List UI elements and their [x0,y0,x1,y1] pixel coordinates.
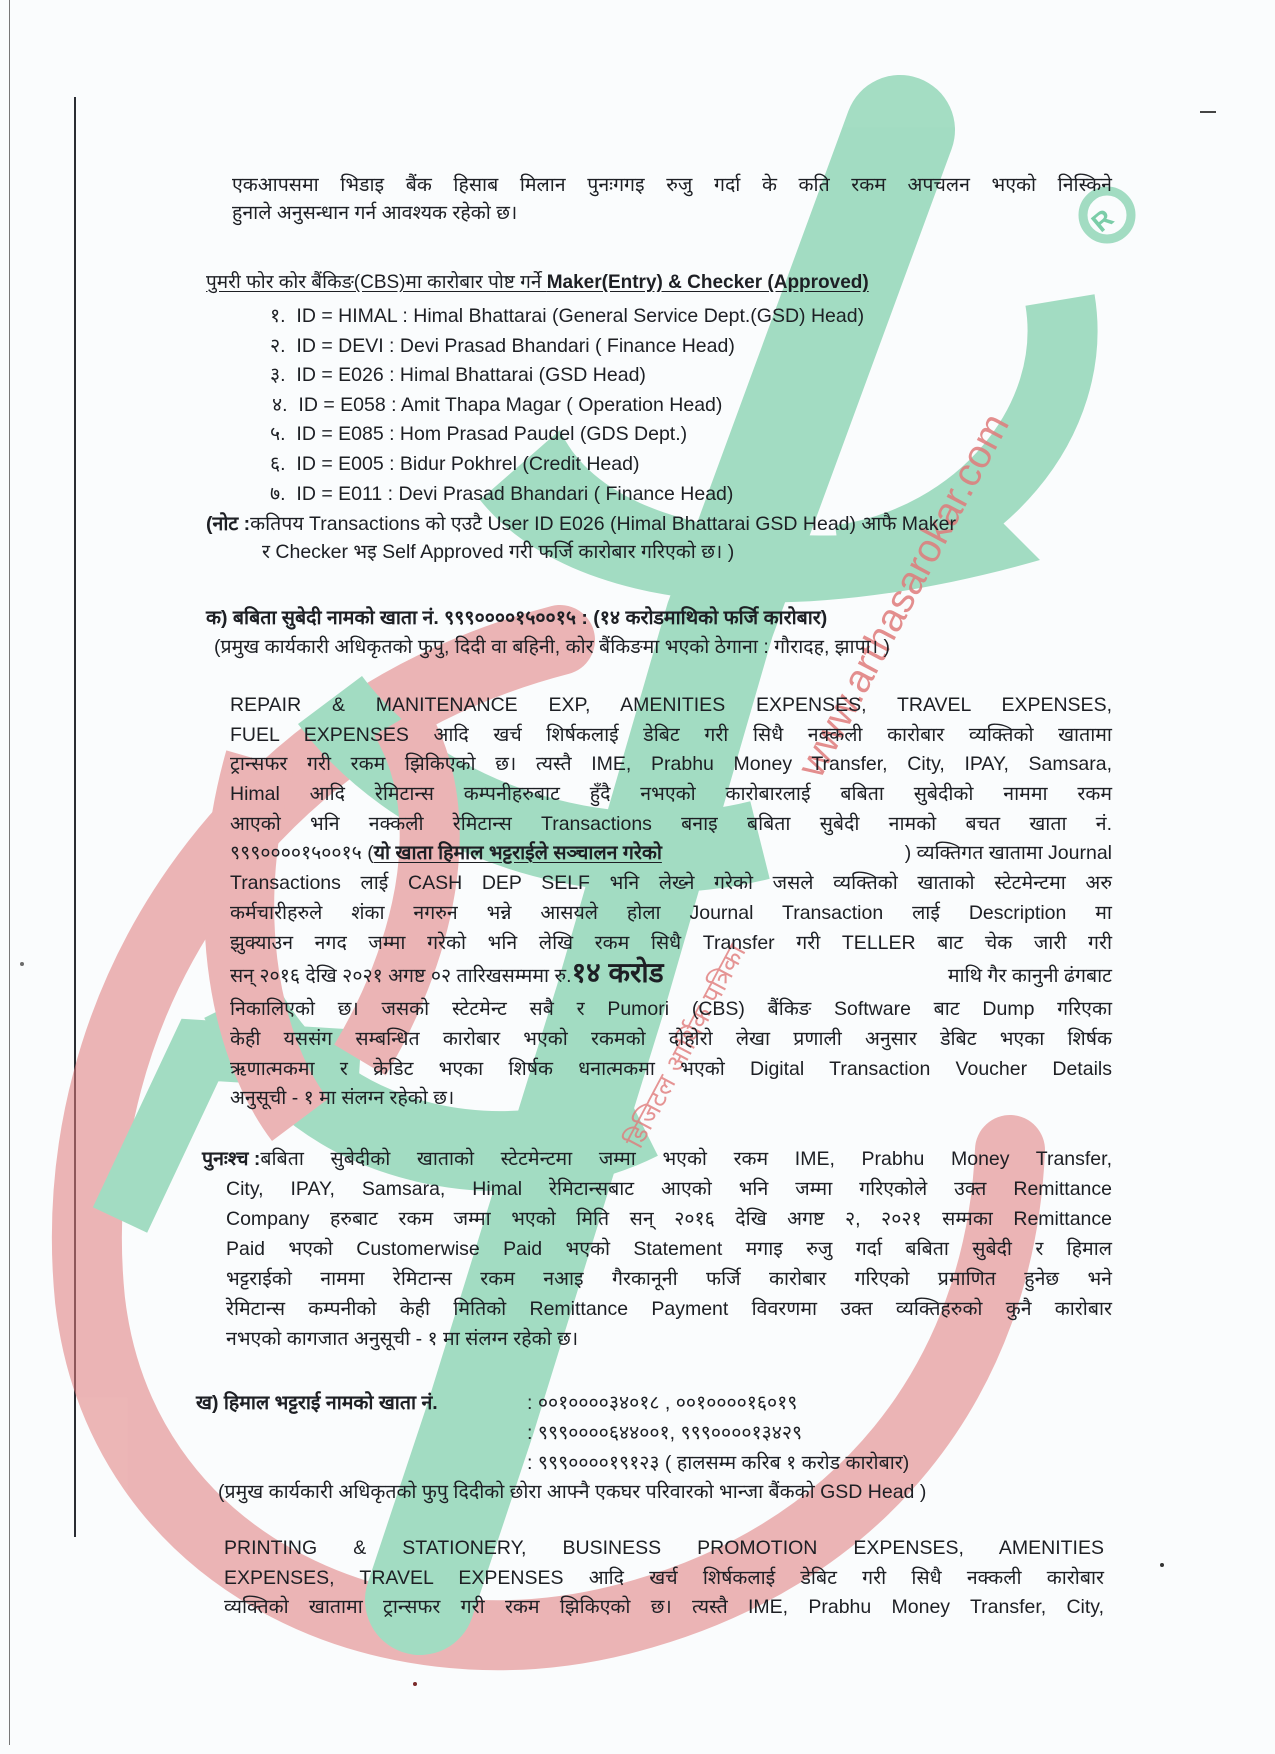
section-ka-subheading: (प्रमुख कार्यकारी अधिकृतको फुपु, दिदी वा… [214,634,890,660]
postscript-line: भट्टराईको नाममा रेमिटान्स रकम नआइ गैरकान… [226,1266,1112,1292]
id-item: ४. ID = E058 : Amit Thapa Magar ( Operat… [272,392,722,418]
postscript-line: रेमिटान्स कम्पनीको केही मितिको Remittanc… [226,1296,1112,1322]
amount-highlight: १४ करोड [572,960,664,986]
id-item: ३. ID = E026 : Himal Bhattarai (GSD Head… [270,362,646,388]
account-list-item: : ००१००००३४०१८ , ००१००००१६०१९ [527,1390,797,1416]
postscript-line: Paid भएको Customerwise Paid भएको Stateme… [226,1236,1112,1262]
para-line: अनुसूची - १ मा संलग्न रहेको छ। [230,1085,454,1111]
id-item: ६. ID = E005 : Bidur Pokhrel (Credit Hea… [270,451,639,477]
id-item: ५. ID = E085 : Hom Prasad Paudel (GDS De… [270,421,687,447]
id-item: १. ID = HIMAL : Himal Bhattarai (General… [270,303,864,329]
para-line: निकालिएको छ। जसको स्टेटमेन्ट सबै र Pumor… [230,996,1112,1022]
relation-note: (प्रमुख कार्यकारी अधिकृतको फुपु दिदीको छ… [218,1479,926,1505]
para-line: PRINTING & STATIONERY, BUSINESS PROMOTIO… [224,1535,1104,1561]
note-line-1: (नोट :कतिपय Transactions को एउटै User ID… [206,511,956,537]
intro-line-1: एकआपसमा भिडाइ बैंक हिसाब मिलान पुनःगगइ र… [232,172,1112,198]
para-line: Transactions लाई CASH DEP SELF भनि लेख्न… [230,870,1112,896]
account-list-item: : ९९९००००१९१२३ ( हालसम्म करिब १ करोड कार… [527,1450,909,1476]
para-line: केही यससंग सम्बन्धित कारोबार भएको रकमको … [230,1026,1112,1052]
note-line-2: र Checker भइ Self Approved गरी फर्जि कार… [262,539,734,565]
section-ka-heading: क) बबिता सुबेदी नामको खाता नं. ९९९००००१५… [206,605,827,631]
account-line: ९९९००००१५००१५ (यो खाता हिमाल भट्टराईले स… [230,840,1112,866]
para-line: ऋणात्मकमा र क्रेडिट भएका शिर्षक धनात्मकम… [230,1056,1112,1082]
account-list-item: : ९९९००००६४४००१, ९९९००००१३४२९ [527,1420,802,1446]
para-line: झुक्याउन नगद जम्मा गरेको भनि लेखि रकम सि… [230,930,1112,956]
id-item: २. ID = DEVI : Devi Prasad Bhandari ( Fi… [270,333,735,359]
para-line: ट्रान्सफर गरी रकम झिकिएको छ। त्यस्तै IME… [230,751,1112,777]
para-line: REPAIR & MANITENANCE EXP, AMENITIES EXPE… [230,692,1112,718]
postscript-line-1: पुनःश्च : बबिता सुबेदीको खाताको स्टेटमेन… [202,1146,1112,1172]
postscript-line: Company हरुबाट रकम जम्मा भएको मिति सन् २… [226,1206,1112,1232]
para-line: FUEL EXPENSES आदि खर्च शिर्षकलाई डेबिट ग… [230,722,1112,748]
amount-line: सन् २०१६ देखि २०२१ अगष्ट ०२ तारिखसम्ममा … [230,960,1112,989]
para-line: आएको भनि नक्कली रेमिटान्स Transactions ब… [230,811,1112,837]
para-line: EXPENSES, TRAVEL EXPENSES आदि खर्च शिर्ष… [224,1565,1104,1591]
cbs-heading: पुमरी फोर कोर बैंकिङ(CBS)मा कारोबार पोष्… [206,270,869,296]
postscript-line: नभएको कागजात अनुसूची - १ मा संलग्न रहेको… [226,1326,578,1352]
para-line: व्यक्तिको खातामा ट्रान्सफर गरी रकम झिकिए… [224,1594,1104,1620]
section-kha-heading: ख) हिमाल भट्टराई नामको खाता नं. [196,1390,438,1416]
para-line: Himal आदि रेमिटान्स कम्पनीहरुबाट हुँदै न… [230,781,1112,807]
id-item: ७. ID = E011 : Devi Prasad Bhandari ( Fi… [270,481,733,507]
postscript-line: City, IPAY, Samsara, Himal रेमिटान्सबाट … [226,1176,1112,1202]
para-line: कर्मचारीहरुले शंका नगरुन भन्ने आसयले होल… [230,900,1112,926]
intro-line-2: हुनाले अनुसन्धान गर्न आवश्यक रहेको छ। [232,200,517,226]
